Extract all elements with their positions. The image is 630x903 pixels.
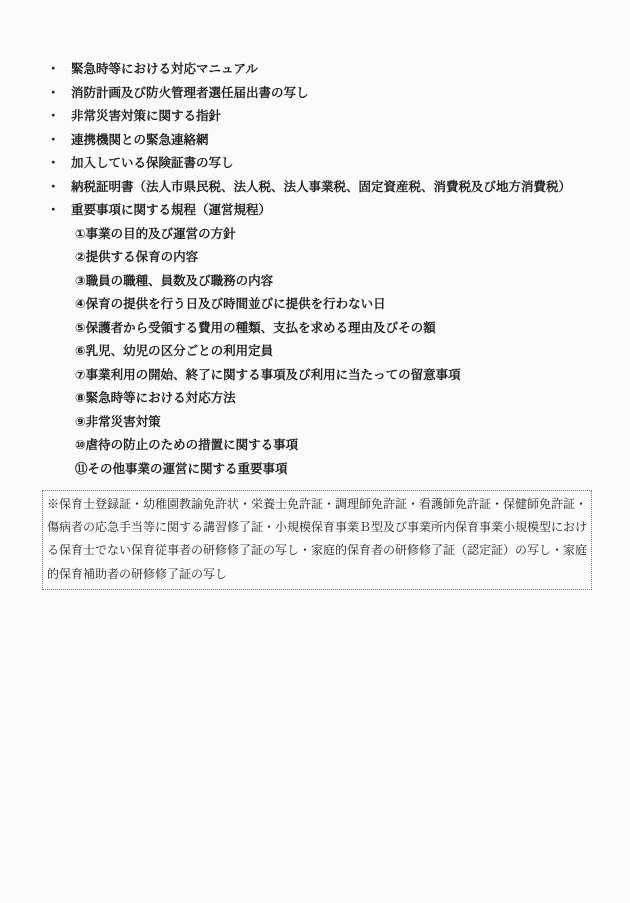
- list-item: ・ 消防計画及び防火管理者選任届出書の写し: [0, 82, 630, 106]
- numbered-item: ⑪その他事業の運営に関する重要事項: [0, 458, 630, 482]
- bullet-marker: ・: [47, 58, 60, 82]
- bullet-item-text: 納税証明書（法人市県民税、法人税、法人事業税、固定資産税、消費税及び地方消費税）: [71, 180, 571, 194]
- numbered-item: ⑤保護者から受領する費用の種類、支払を求める理由及びその額: [0, 317, 630, 341]
- bullet-item-text: 非常災害対策に関する指針: [71, 109, 221, 123]
- bullet-item-text: 加入している保険証書の写し: [71, 156, 234, 170]
- bullet-item-text: 重要事項に関する規程（運営規程）: [71, 203, 271, 217]
- numbered-item: ⑦事業利用の開始、終了に関する事項及び利用に当たっての留意事項: [0, 364, 630, 388]
- numbered-item: ⑩虐待の防止のための措置に関する事項: [0, 434, 630, 458]
- bullet-item-text: 緊急時等における対応マニュアル: [71, 62, 258, 76]
- document-page: ・ 緊急時等における対応マニュアル ・ 消防計画及び防火管理者選任届出書の写し …: [0, 0, 630, 903]
- bullet-marker: ・: [47, 82, 60, 106]
- list-item: ・ 重要事項に関する規程（運営規程）: [0, 199, 630, 223]
- bullet-marker: ・: [47, 176, 60, 200]
- numbered-item: ④保育の提供を行う日及び時間並びに提供を行わない日: [0, 293, 630, 317]
- note-box: ※保育士登録証・幼稚園教諭免許状・栄養士免許証・調理師免許証・看護師免許証・保健…: [42, 490, 592, 590]
- numbered-item: ⑥乳児、幼児の区分ごとの利用定員: [0, 340, 630, 364]
- list-item: ・ 加入している保険証書の写し: [0, 152, 630, 176]
- numbered-item: ②提供する保育の内容: [0, 246, 630, 270]
- list-item: ・ 非常災害対策に関する指針: [0, 105, 630, 129]
- document-content: ・ 緊急時等における対応マニュアル ・ 消防計画及び防火管理者選任届出書の写し …: [0, 58, 630, 590]
- bullet-item-text: 消防計画及び防火管理者選任届出書の写し: [71, 86, 309, 100]
- numbered-item: ⑨非常災害対策: [0, 411, 630, 435]
- bullet-marker: ・: [47, 129, 60, 153]
- bullet-item-text: 連携機関との緊急連絡網: [71, 133, 209, 147]
- numbered-item: ①事業の目的及び運営の方針: [0, 223, 630, 247]
- bullet-marker: ・: [47, 152, 60, 176]
- bullet-marker: ・: [47, 105, 60, 129]
- bullet-marker: ・: [47, 199, 60, 223]
- list-item: ・ 緊急時等における対応マニュアル: [0, 58, 630, 82]
- numbered-item: ⑧緊急時等における対応方法: [0, 387, 630, 411]
- numbered-item: ③職員の職種、員数及び職務の内容: [0, 270, 630, 294]
- list-item: ・ 連携機関との緊急連絡網: [0, 129, 630, 153]
- list-item: ・ 納税証明書（法人市県民税、法人税、法人事業税、固定資産税、消費税及び地方消費…: [0, 176, 630, 200]
